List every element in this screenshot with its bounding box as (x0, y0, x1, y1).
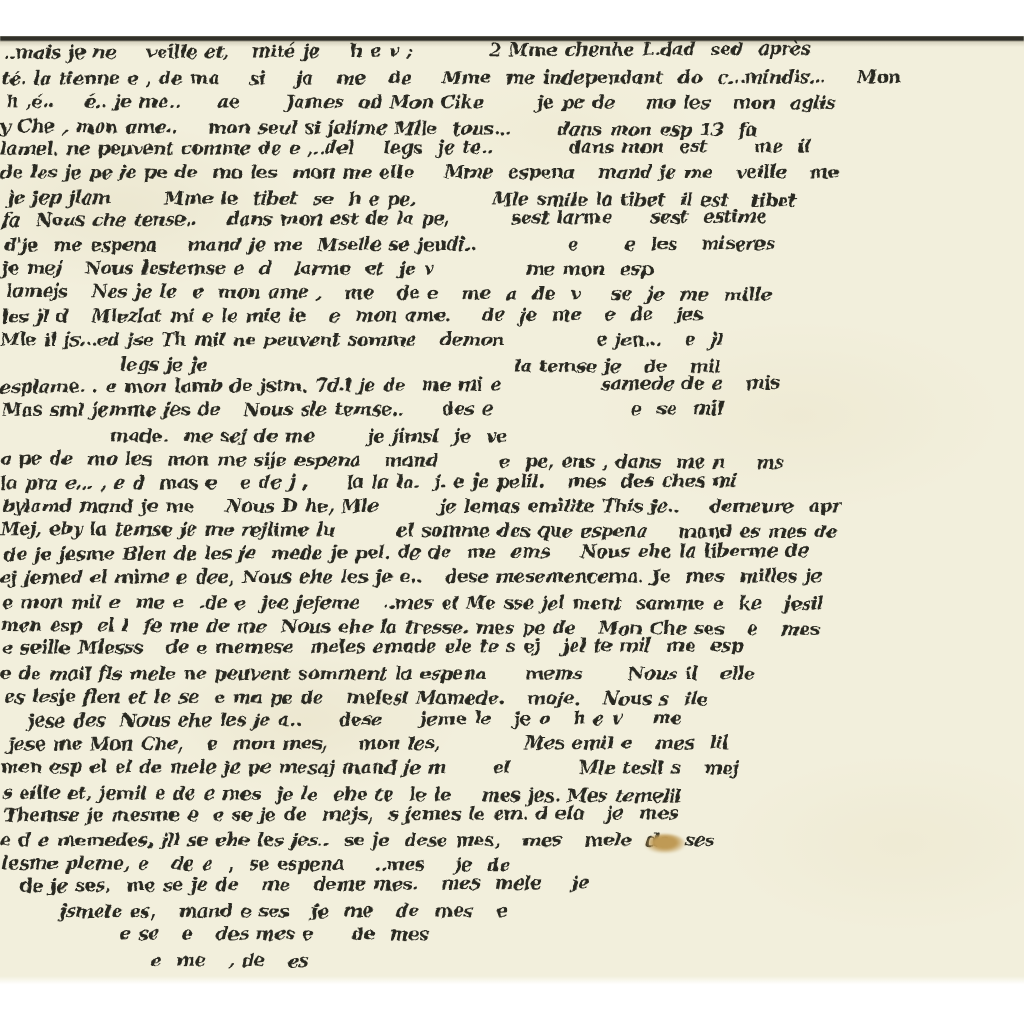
paper-bottom-fade (0, 976, 1024, 986)
handwriting-line: jese des Nous ehe les je a.. dese jeme l… (0, 705, 1024, 734)
handwriting-line: made. me sej de me je jimsl je ve (0, 424, 1024, 450)
handwriting-line: de je jesme Blen de les je mede je pel. … (0, 538, 1024, 567)
handwriting-line: lamel. ne peuvent comme de e ,..del legs… (0, 135, 1024, 162)
handwriting-line: té. la tienne e , de ma si ja me de Mme … (0, 66, 1024, 92)
handwriting-line: e seille Mlesss de e memese meles emade … (0, 633, 1024, 660)
handwriting-line: e mon mil e me e .de e jee jefeme ..mes … (0, 592, 1024, 618)
handwriting-line: jsmele es, mand e ses je me de mes e (0, 898, 1024, 924)
handwriting-line: h ,é.. é.. je me.. ae James ad Mon Cike … (0, 90, 1024, 116)
scanned-manuscript-page: ..mais je ne veille et, mité je h e v ; … (0, 0, 1024, 1024)
handwriting-line: fa Nous che tense.. dans mon est de la p… (0, 204, 1024, 233)
handwriting-line: je mej Nous lestemse e d larme et je v m… (0, 257, 1024, 283)
handwriting-line: e me , de es (0, 948, 1024, 977)
handwriting-line: e d e memedes, jll se ehe les jes.. se j… (0, 829, 1024, 853)
handwriting-line: e de mail fls mele ne peuvent somment la… (0, 662, 1024, 686)
ink-stain (645, 834, 685, 853)
handwriting-line: de les je pe je pe de mo les mon me elle… (0, 161, 1024, 185)
handwriting-line: de je ses, me se je de me deme mes. mes … (0, 869, 1024, 898)
handwriting-line: bylamd mand je me Nous D he, Mle je lema… (0, 495, 1024, 519)
handwriting-line: e se e des mes e de mes (0, 923, 1024, 949)
handwriting-line: Themse je mesme e e se je de mejs, s jem… (0, 800, 1024, 827)
handwriting-line: ej jemed el mime e dee, Nous ehe les je … (0, 564, 1024, 590)
handwriting-line: les jl d Mlezlat mi e le mie ie e mon am… (0, 302, 1024, 329)
handwriting-line: men esp el el de mele je pe mesaj mand j… (0, 756, 1024, 782)
handwriting-line: ..mais je ne veille et, mité je h e v ; … (0, 36, 1024, 65)
handwriting-line: la pra e... , e d mas e e de j , la la l… (0, 469, 1024, 496)
handwriting-line: jese me Mon Che, e mon mes, mon les, Mes… (0, 731, 1024, 757)
handwriting-line: Mle il js...ed jse Th mil ne peuvent som… (0, 328, 1024, 352)
handwriting-line: d'je me espena mand je me Mselle se jeud… (0, 233, 1024, 259)
handwriting-line: esplame. . e mon lamb de jstm. 7d.l je d… (0, 371, 1024, 400)
handwriting-text-layer: ..mais je ne veille et, mité je h e v ; … (0, 43, 1024, 971)
handwriting-line: Mas sml jemme jes de Nous sle temse.. de… (0, 397, 1024, 423)
manuscript-paper: ..mais je ne veille et, mité je h e v ; … (0, 36, 1024, 986)
